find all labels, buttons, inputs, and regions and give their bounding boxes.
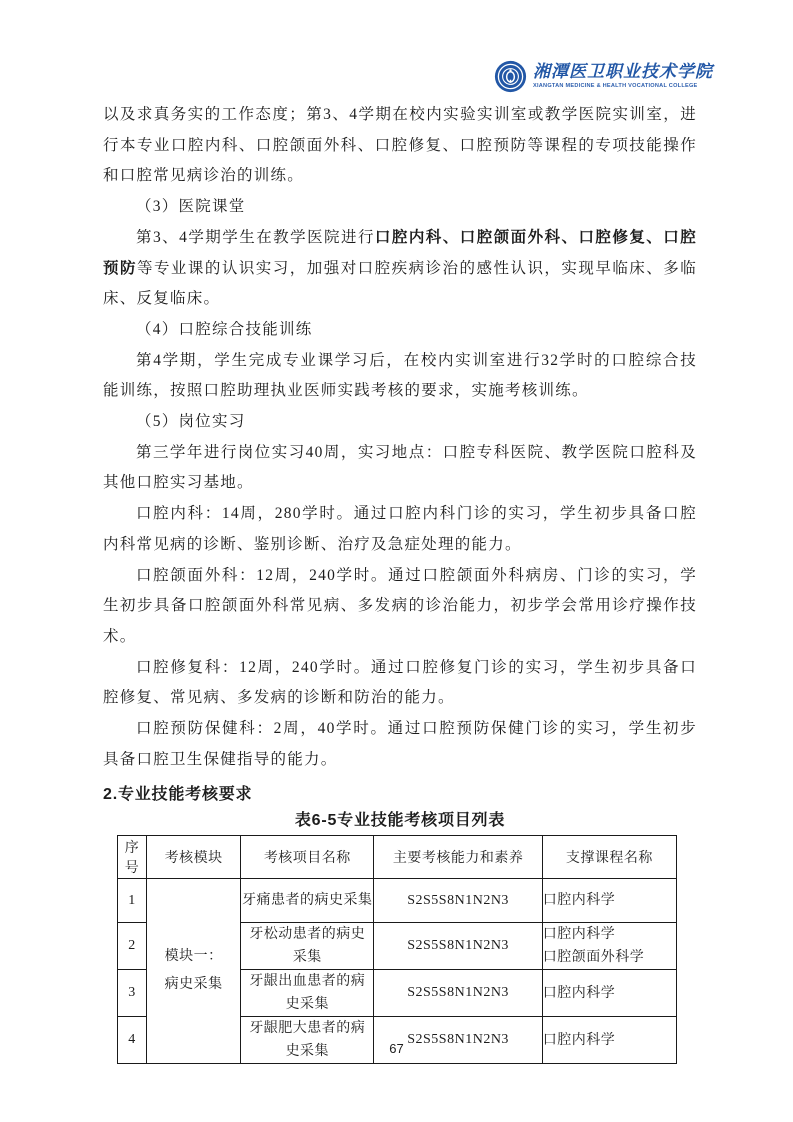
page-footer: 67 bbox=[0, 1040, 793, 1058]
page-number: 67 bbox=[389, 1041, 403, 1056]
project-cell: 牙松动患者的病史采集 bbox=[241, 923, 374, 970]
body-paragraph: 口腔颌面外科：12周，240学时。通过口腔颌面外科病房、门诊的实习，学生初步具备… bbox=[103, 561, 697, 653]
body-paragraph: 第3、4学期学生在教学医院进行口腔内科、口腔颌面外科、口腔修复、口腔预防等专业课… bbox=[103, 223, 697, 315]
document-page: 湘潭医卫职业技术学院 XIANGTAN MEDICINE & HEALTH VO… bbox=[0, 0, 793, 1122]
project-cell: 牙龈出血患者的病史采集 bbox=[241, 970, 374, 1017]
table-caption: 表6-5专业技能考核项目列表 bbox=[103, 808, 697, 834]
college-name-en: XIANGTAN MEDICINE & HEALTH VOCATIONAL CO… bbox=[533, 82, 698, 88]
seq-cell: 3 bbox=[118, 970, 147, 1017]
column-header: 考核模块 bbox=[147, 836, 241, 879]
document-content: 以及求真务实的工作态度；第3、4学期在校内实验实训室或教学医院实训室，进行本专业… bbox=[103, 100, 697, 1064]
project-cell: 牙痛患者的病史采集 bbox=[241, 879, 374, 923]
body-paragraph: （3）医院课堂 bbox=[103, 192, 697, 223]
module-cell: 模块一：病史采集 bbox=[147, 879, 241, 1064]
body-paragraph: 第三学年进行岗位实习40周，实习地点：口腔专科医院、教学医院口腔科及其他口腔实习… bbox=[103, 438, 697, 499]
college-emblem-icon bbox=[494, 60, 527, 93]
body-paragraph: 口腔修复科：12周，240学时。通过口腔修复门诊的实习，学生初步具备口腔修复、常… bbox=[103, 653, 697, 714]
seq-cell: 2 bbox=[118, 923, 147, 970]
column-header: 主要考核能力和素养 bbox=[374, 836, 542, 879]
course-cell: 口腔内科学口腔颌面外科学 bbox=[542, 923, 676, 970]
skills-assessment-table: 序号考核模块考核项目名称主要考核能力和素养支撑课程名称 1模块一：病史采集牙痛患… bbox=[117, 835, 677, 1064]
table-header-row: 序号考核模块考核项目名称主要考核能力和素养支撑课程名称 bbox=[118, 836, 677, 879]
paragraph-container: 以及求真务实的工作态度；第3、4学期在校内实验实训室或教学医院实训室，进行本专业… bbox=[103, 100, 697, 834]
body-paragraph: 第4学期，学生完成专业课学习后，在校内实训室进行32学时的口腔综合技能训练，按照… bbox=[103, 346, 697, 407]
ability-cell: S2S5S8N1N2N3 bbox=[374, 879, 542, 923]
body-paragraph: 口腔预防保健科：2周，40学时。通过口腔预防保健门诊的实习，学生初步具备口腔卫生… bbox=[103, 714, 697, 775]
course-cell: 口腔内科学 bbox=[542, 879, 676, 923]
body-paragraph: （4）口腔综合技能训练 bbox=[103, 315, 697, 346]
section-heading: 2.专业技能考核要求 bbox=[103, 782, 697, 808]
seq-cell: 1 bbox=[118, 879, 147, 923]
body-paragraph: 以及求真务实的工作态度；第3、4学期在校内实验实训室或教学医院实训室，进行本专业… bbox=[103, 100, 697, 192]
course-cell: 口腔内科学 bbox=[542, 970, 676, 1017]
college-name-cn: 湘潭医卫职业技术学院 bbox=[533, 62, 793, 81]
body-paragraph: 口腔内科：14周，280学时。通过口腔内科门诊的实习，学生初步具备口腔内科常见病… bbox=[103, 499, 697, 560]
college-logo: 湘潭医卫职业技术学院 XIANGTAN MEDICINE & HEALTH VO… bbox=[494, 60, 793, 93]
column-header: 序号 bbox=[118, 836, 147, 879]
ability-cell: S2S5S8N1N2N3 bbox=[374, 970, 542, 1017]
column-header: 考核项目名称 bbox=[241, 836, 374, 879]
table-row: 1模块一：病史采集牙痛患者的病史采集S2S5S8N1N2N3口腔内科学 bbox=[118, 879, 677, 923]
column-header: 支撑课程名称 bbox=[542, 836, 676, 879]
college-logo-text: 湘潭医卫职业技术学院 XIANGTAN MEDICINE & HEALTH VO… bbox=[533, 62, 793, 92]
body-paragraph: （5）岗位实习 bbox=[103, 407, 697, 438]
ability-cell: S2S5S8N1N2N3 bbox=[374, 923, 542, 970]
